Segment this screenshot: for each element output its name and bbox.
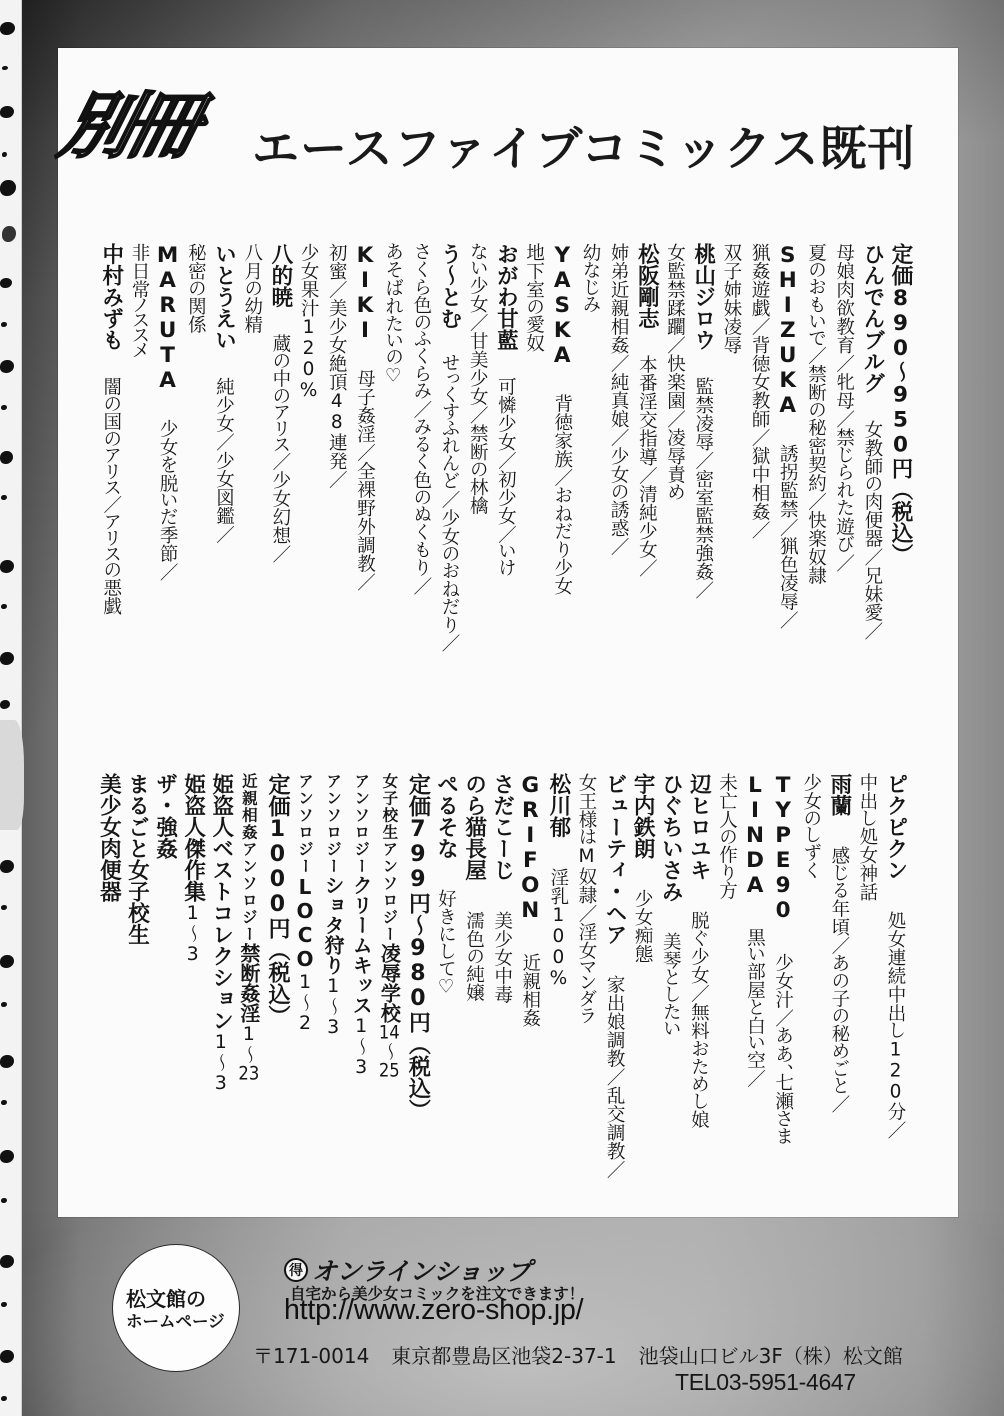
title-list: 本番淫交指導／清純少女／ (636, 355, 657, 577)
title-list: 母娘肉欲教育／牝母／禁じられた遊び／ (834, 243, 855, 572)
volume-separator: ～ (322, 997, 344, 1016)
binding-hole-mark (1, 1100, 7, 1105)
title-list: 淫乳100% (548, 868, 569, 989)
title-list: さくら色のふくらみ／みるく色のぬくもり／ (411, 243, 432, 595)
binding-hole-mark (1, 495, 7, 500)
catalog-column: 双子姉妹凌辱 (717, 243, 745, 713)
series-title: ザ・強姦 (153, 773, 178, 859)
catalog-column: LINDA黒い部屋と白い空／ (740, 773, 768, 1213)
author-name: SHIZUKA (775, 243, 800, 418)
homepage-circle-badge: 松文館の ホームページ (112, 1244, 240, 1372)
binding-hole-mark (1, 1198, 7, 1203)
binding-hole-mark (0, 955, 14, 968)
catalog-column: 少女のしずく (797, 773, 825, 1213)
title-list: 地下室の愛奴 (524, 243, 545, 352)
title-list: 猟姦遊戯／背徳女教師／獄中相姦／ (749, 243, 770, 539)
torn-paper-edge (0, 720, 24, 830)
catalog-column: さだこーじ美少女中毒 (488, 773, 516, 1213)
catalog-column: 定価1000円（税込） (263, 773, 291, 1213)
title-list: 八月の幼精 (242, 243, 263, 334)
title-list: 姉弟近親相姦／純真娘／少女の誘惑／ (608, 243, 629, 556)
title-list: 未亡人の作り方 (716, 773, 737, 900)
volume-separator: ～ (182, 924, 204, 943)
catalog-column: 猟姦遊戯／背徳女教師／獄中相姦／ (745, 243, 773, 713)
title-list: 感じる年頃／あの子の秘めごと／ (829, 846, 850, 1113)
street-address: 東京都豊島区池袋2-37-1 (391, 1344, 616, 1368)
catalog-column: 幼なじみ (576, 243, 604, 713)
catalog-column: 辺ヒロユキ脱ぐ少女／無料おためし娘 (684, 773, 712, 1213)
volume-end: 25 (378, 1061, 400, 1080)
catalog-column: 中出し処女神話 (853, 773, 881, 1213)
series-title: 凌辱学校 (377, 943, 401, 1023)
catalog-column: 近親相姦アンソロジー禁断姦淫1～23 (235, 773, 263, 1213)
catalog-column: 母娘肉欲教育／牝母／禁じられた遊び／ (829, 243, 857, 713)
catalog-column: 初蜜／美少女絶頂48連発／ (322, 243, 350, 713)
binding-edge (0, 0, 21, 1416)
author-name: ひぐちいさみ (658, 773, 683, 902)
title-list: あそばれたいの♡ (383, 243, 404, 386)
page-title: エースファイブコミックス既刊 (252, 124, 916, 176)
binding-hole-mark (0, 560, 14, 573)
title-list: 背徳家族／おねだり少女 (552, 394, 573, 595)
price-label: 定価799円～980円（税込） (405, 773, 430, 1121)
volume-end: 2 (294, 1012, 316, 1034)
author-name: TYPE90 (771, 773, 796, 923)
author-name: MARUTA (155, 243, 180, 393)
catalog-column: 美少女肉便器 (94, 773, 122, 1213)
catalog-column: 雨蘭感じる年頃／あの子の秘めごと／ (825, 773, 853, 1213)
binding-hole-mark (0, 1255, 14, 1268)
author-name: ぺるそな (434, 773, 459, 859)
title-list: 脱ぐ少女／無料おためし娘 (688, 911, 709, 1129)
binding-hole-mark (1, 1002, 7, 1007)
author-name: 雨蘭 (827, 773, 852, 816)
series-title: 美少女肉便器 (96, 773, 121, 902)
publisher-phone: TEL03-5951-4647 (675, 1369, 856, 1396)
author-name: LINDA (743, 773, 768, 898)
author-name: 八的暁 (268, 243, 293, 308)
title-list: 監禁凌辱／密室監禁強姦／ (693, 377, 714, 599)
binding-hole-mark (0, 278, 12, 288)
anthology-label: 近親相姦アンソロジー (240, 773, 258, 943)
author-name: 松阪剛志 (634, 243, 659, 329)
catalog-column: あそばれたいの♡ (378, 243, 406, 713)
binding-hole-mark (1, 1302, 7, 1307)
volume-end: 3 (182, 943, 204, 965)
online-shop-url: http://www.zero-shop.jp/ (284, 1294, 583, 1327)
binding-hole-mark (2, 66, 8, 70)
volume-separator: ～ (238, 1045, 260, 1064)
volume-start: 1 (294, 971, 316, 993)
title-list: 濡色の純嬢 (464, 911, 485, 1002)
catalog-column: おがわ甘藍可憐少女／初少女／いけ (491, 243, 519, 713)
anthology-label: 女子校生アンソロジー (380, 773, 398, 943)
author-name: いとうえい (212, 243, 237, 351)
author-name: ひんでんブルグ (860, 243, 885, 394)
catalog-column: 地下室の愛奴 (519, 243, 547, 713)
catalog-column: 松阪剛志本番淫交指導／清純少女／ (632, 243, 660, 713)
binding-hole-mark (0, 22, 15, 35)
catalog-column: ビューティ・ヘア家出娘調教／乱交調教／ (600, 773, 628, 1213)
catalog-column: 未亡人の作り方 (712, 773, 740, 1213)
title-list: 蔵の中のアリス／少女幻想／ (270, 334, 291, 563)
author-name: 宇内鉄朗 (630, 773, 655, 859)
series-title: 姫盗人ベストコレクション (209, 773, 234, 1031)
catalog-column: さくら色のふくらみ／みるく色のぬくもり／ (407, 243, 435, 713)
title-list: ない少女／甘美少女／禁断の林檎 (467, 243, 488, 515)
volume-start: 1 (350, 1015, 372, 1037)
volume-end: 3 (350, 1056, 372, 1078)
title-list: 中出し処女神話 (857, 773, 878, 901)
catalog-column: 宇内鉄朗少女痴態 (628, 773, 656, 1213)
author-name: GRIFON (518, 773, 543, 923)
catalog-column: ピクピクン処女連続中出し120分／ (881, 773, 909, 1213)
title-list: 秘密の関係 (185, 243, 206, 334)
title-list: 誘拐監禁／猟色凌辱／ (777, 444, 798, 629)
catalog-column: YASKA背徳家族／おねだり少女 (548, 243, 576, 713)
binding-hole-mark (0, 1350, 14, 1363)
binding-hole-mark (0, 106, 14, 118)
catalog-column: 中村みずも闇の国のアリス／アリスの悪戯 (97, 243, 125, 713)
title-list: 母子姦淫／全裸野外調教／ (354, 369, 375, 591)
catalog-column: 松川郁淫乳100% (544, 773, 572, 1213)
binding-hole-mark (1, 1396, 7, 1401)
catalog-top-block: 定価890～950円（税込） ひんでんブルグ女教師の肉便器／兄妹愛／ 母娘肉欲教… (96, 243, 914, 713)
catalog-column: 非日常ノススメ (125, 243, 153, 713)
catalog-column: 女監禁蹂躙／快楽園／凌辱責め (660, 243, 688, 713)
bessatsu-logo: 別冊 (53, 90, 203, 162)
catalog-column: 女王様はM奴隷／淫女マンダラ (572, 773, 600, 1213)
title-list: 女王様はM奴隷／淫女マンダラ (576, 773, 597, 1024)
catalog-column: 女子校生アンソロジー凌辱学校14～25 (375, 773, 403, 1213)
volume-separator: ～ (210, 1053, 232, 1072)
catalog-column: ひぐちいさみ美琴としたい (656, 773, 684, 1213)
volume-start: 1 (322, 975, 344, 997)
price-label: 定価890～950円（税込） (888, 243, 913, 565)
volume-separator: ～ (378, 1042, 400, 1061)
author-name: 桃山ジロウ (691, 243, 716, 351)
volume-separator: ～ (294, 993, 316, 1012)
homepage-badge-line2: ホームページ (126, 1308, 225, 1332)
volume-end: 3 (210, 1072, 232, 1094)
volume-start: 14 (378, 1023, 400, 1042)
volume-separator: ～ (350, 1037, 372, 1056)
volume-start: 1 (182, 902, 204, 924)
title-list: 幼なじみ (580, 243, 601, 314)
catalog-column: いとうえい純少女／少女図鑑／ (209, 243, 237, 713)
binding-hole-mark (0, 360, 14, 373)
catalog-column: TYPE90少女汁／ああ、七瀬さま (769, 773, 797, 1213)
title-list: 美少女中毒 (492, 911, 513, 1004)
title-list: 近親相姦 (520, 953, 541, 1027)
catalog-column: アンソロジークリームキッス1～3 (347, 773, 375, 1213)
title-list: 闇の国のアリス／アリスの悪戯 (101, 377, 122, 615)
binding-hole-mark (0, 451, 13, 464)
title-list: 好きにして♡ (436, 889, 457, 998)
catalog-column: のら猫長屋濡色の純嬢 (460, 773, 488, 1213)
anthology-label: アンソロジー (296, 773, 314, 875)
volume-start: 1 (210, 1031, 232, 1053)
catalog-column: 八月の幼精 (238, 243, 266, 713)
title-list: 初蜜／美少女絶頂48連発／ (326, 243, 347, 489)
author-name: 中村みずも (99, 243, 124, 351)
catalog-column: ザ・強姦 (150, 773, 178, 1213)
catalog-column: ひんでんブルグ女教師の肉便器／兄妹愛／ (858, 243, 886, 713)
binding-hole-mark (2, 152, 7, 157)
binding-hole-mark (1, 405, 7, 410)
title-list: 純少女／少女図鑑／ (214, 377, 235, 544)
binding-hole-mark (1, 905, 7, 910)
author-name: KIKI (352, 243, 377, 343)
author-name: 辺ヒロユキ (686, 773, 711, 881)
title-list: 家出娘調教／乱交調教／ (604, 975, 625, 1179)
title-list: 黒い部屋と白い空／ (745, 928, 766, 1088)
volume-end: 3 (322, 1016, 344, 1038)
binding-hole-mark (2, 226, 16, 242)
catalog-column: 姫盗人ベストコレクション1～3 (207, 773, 235, 1213)
catalog-column: GRIFON近親相姦 (516, 773, 544, 1213)
title-list: 少女汁／ああ、七瀬さま (773, 953, 794, 1145)
series-title: 禁断姦淫 (237, 943, 261, 1023)
series-title: LOCO (293, 875, 317, 971)
catalog-column: う～とむせっくすふれんど／少女のおねだり／ (435, 243, 463, 713)
catalog-column: 桃山ジロウ監禁凌辱／密室監禁強姦／ (689, 243, 717, 713)
author-name: さだこーじ (490, 773, 515, 881)
catalog-column: 姫盗人傑作集1～3 (179, 773, 207, 1213)
binding-hole-mark (0, 1150, 14, 1163)
title-list: 夏のおもいで／禁断の秘密契約／快楽奴隷 (805, 243, 826, 585)
author-name: ビューティ・ヘア (602, 773, 627, 945)
catalog-column: ない少女／甘美少女／禁断の林檎 (463, 243, 491, 713)
price-label: 定価1000円（税込） (265, 773, 290, 1027)
anthology-label: アンソロジー (324, 773, 342, 875)
series-title: クリームキッス (349, 875, 373, 1015)
volume-start: 1 (238, 1023, 260, 1045)
catalog-column: 少女果汁120% (294, 243, 322, 713)
author-name: う～とむ (437, 243, 462, 329)
binding-hole-mark (0, 860, 14, 873)
binding-hole-mark (0, 652, 14, 665)
catalog-column: KIKI母子姦淫／全裸野外調教／ (350, 243, 378, 713)
catalog-column: 定価799円～980円（税込） (403, 773, 431, 1213)
title-list: 非日常ノススメ (129, 243, 150, 358)
series-title: ショタ狩り (321, 875, 345, 975)
title-list: 少女のしずく (801, 773, 822, 879)
postal-code: 〒171-0014 (253, 1344, 369, 1368)
volume-end: 23 (238, 1064, 260, 1083)
anthology-label: アンソロジー (352, 773, 370, 875)
catalog-column: 八的暁蔵の中のアリス／少女幻想／ (266, 243, 294, 713)
publisher-address: 〒171-0014東京都豊島区池袋2-37-1池袋山口ビル3F（株）松文館 (253, 1340, 903, 1369)
binding-hole-mark (0, 700, 10, 709)
author-name: おがわ甘藍 (493, 243, 518, 351)
circled-toku-icon: 得 (284, 1258, 308, 1282)
catalog-column: SHIZUKA誘拐監禁／猟色凌辱／ (773, 243, 801, 713)
binding-hole-mark (1, 322, 7, 327)
binding-hole-mark (1, 604, 7, 609)
series-title: 姫盗人傑作集 (181, 773, 206, 902)
catalog-column: MARUTA少女を脱いだ季節／ (153, 243, 181, 713)
title-list: 少女痴態 (632, 889, 653, 963)
title-list: せっくすふれんど／少女のおねだり／ (439, 355, 460, 652)
catalog-column: 夏のおもいで／禁断の秘密契約／快楽奴隷 (801, 243, 829, 713)
title-list: 女監禁蹂躙／快楽園／凌辱責め (665, 243, 686, 501)
catalog-bottom-block: ピクピクン処女連続中出し120分／ 中出し処女神話 雨蘭感じる年頃／あの子の秘め… (94, 773, 909, 1213)
title-list: 女教師の肉便器／兄妹愛／ (862, 420, 883, 640)
title-list: 処女連続中出し120分／ (885, 911, 906, 1139)
title-list: 少女を脱いだ季節／ (157, 419, 178, 581)
title-list: 双子姉妹凌辱 (721, 243, 742, 354)
author-name: 松川郁 (546, 773, 571, 838)
catalog-column: 姉弟近親相姦／純真娘／少女の誘惑／ (604, 243, 632, 713)
building-and-publisher: 池袋山口ビル3F（株）松文館 (639, 1344, 903, 1368)
title-list: 美琴としたい (660, 932, 681, 1037)
binding-hole-mark (0, 180, 16, 196)
catalog-column: ぺるそな好きにして♡ (431, 773, 459, 1213)
catalog-column: アンソロジーLOCO1～2 (291, 773, 319, 1213)
catalog-column: 定価890～950円（税込） (886, 243, 914, 713)
author-name: YASKA (550, 243, 575, 368)
author-name: ピクピクン (883, 773, 908, 881)
title-list: 可憐少女／初少女／いけ (495, 377, 516, 577)
title-list: 少女果汁120% (298, 243, 319, 401)
binding-hole-mark (0, 1055, 14, 1068)
series-title: まるごと女子校生 (124, 773, 149, 945)
catalog-column: まるごと女子校生 (122, 773, 150, 1213)
author-name: のら猫長屋 (462, 773, 487, 881)
catalog-column: アンソロジーショタ狩り1～3 (319, 773, 347, 1213)
catalog-column: 秘密の関係 (181, 243, 209, 713)
